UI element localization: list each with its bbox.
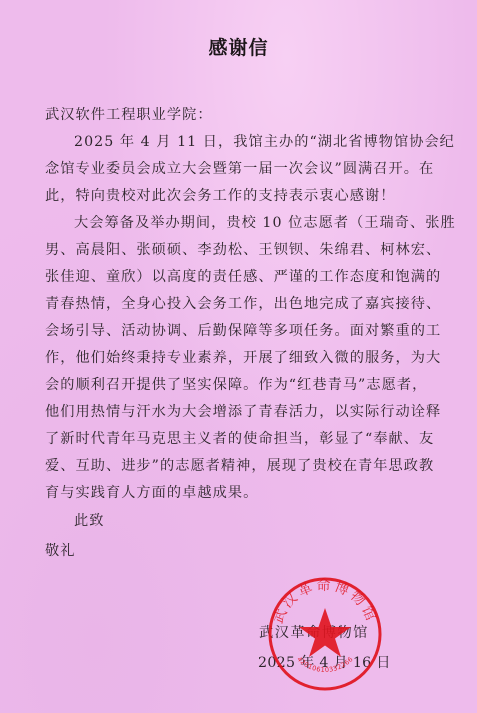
- paragraph-2-line-11: 育与实践育人方面的卓越成果。: [45, 482, 258, 502]
- paragraph-2-line-6: 作，他们始终秉持专业素养，开展了细致入微的服务，为大: [45, 347, 441, 367]
- svg-text:武汉革命博物馆: 武汉革命博物馆: [270, 578, 380, 626]
- closing-jingli: 敬礼: [45, 540, 75, 560]
- paragraph-2-line-10: 爱、互助、进步”的志愿者精神，展现了贵校在青年思政教: [45, 455, 434, 475]
- letter-title: 感谢信: [0, 33, 477, 60]
- paragraph-1-line-3: 此，特向贵校对此次会务工作的支持表示衷心感谢！: [45, 185, 395, 205]
- paragraph-1-line-2: 念馆专业委员会成立大会暨第一届一次会议”圆满召开。在: [45, 158, 434, 178]
- signature-organization: 武汉革命博物馆: [259, 622, 369, 642]
- letter-page: 感谢信 武汉软件工程职业学院： 2025 年 4 月 11 日，我馆主办的“湖北…: [0, 0, 477, 713]
- paragraph-2-line-3: 张佳迎、童欣）以高度的责任感、严谨的工作态度和饱满的: [45, 266, 441, 286]
- paragraph-2-line-1: 大会筹备及举办期间，贵校 10 位志愿者（王瑞奇、张胜: [74, 212, 456, 232]
- paragraph-1-line-1: 2025 年 4 月 11 日，我馆主办的“湖北省博物馆协会纪: [74, 131, 455, 151]
- paragraph-2-line-4: 青春热情，全身心投入会务工作，出色地完成了嘉宾接待、: [45, 293, 441, 313]
- closing-cizhi: 此致: [74, 510, 104, 530]
- paragraph-2-line-2: 男、高晨阳、张硕硕、李劲松、王钡钡、朱绵君、柯林宏、: [45, 239, 441, 259]
- paragraph-2-line-9: 了新时代青年马克思主义者的使命担当，彰显了“奉献、友: [45, 428, 434, 448]
- salutation: 武汉软件工程职业学院：: [45, 104, 213, 124]
- paragraph-2-line-8: 他们用热情与汗水为大会增添了青春活力，以实际行动诠释: [45, 401, 441, 421]
- signature-date: 2025 年 4 月 16 日: [258, 652, 391, 672]
- paragraph-2-line-5: 会场引导、活动协调、后勤保障等多项任务。面对繁重的工: [45, 320, 441, 340]
- paragraph-2-line-7: 会的顺利召开提供了坚实保障。作为“红巷青马”志愿者，: [45, 374, 427, 394]
